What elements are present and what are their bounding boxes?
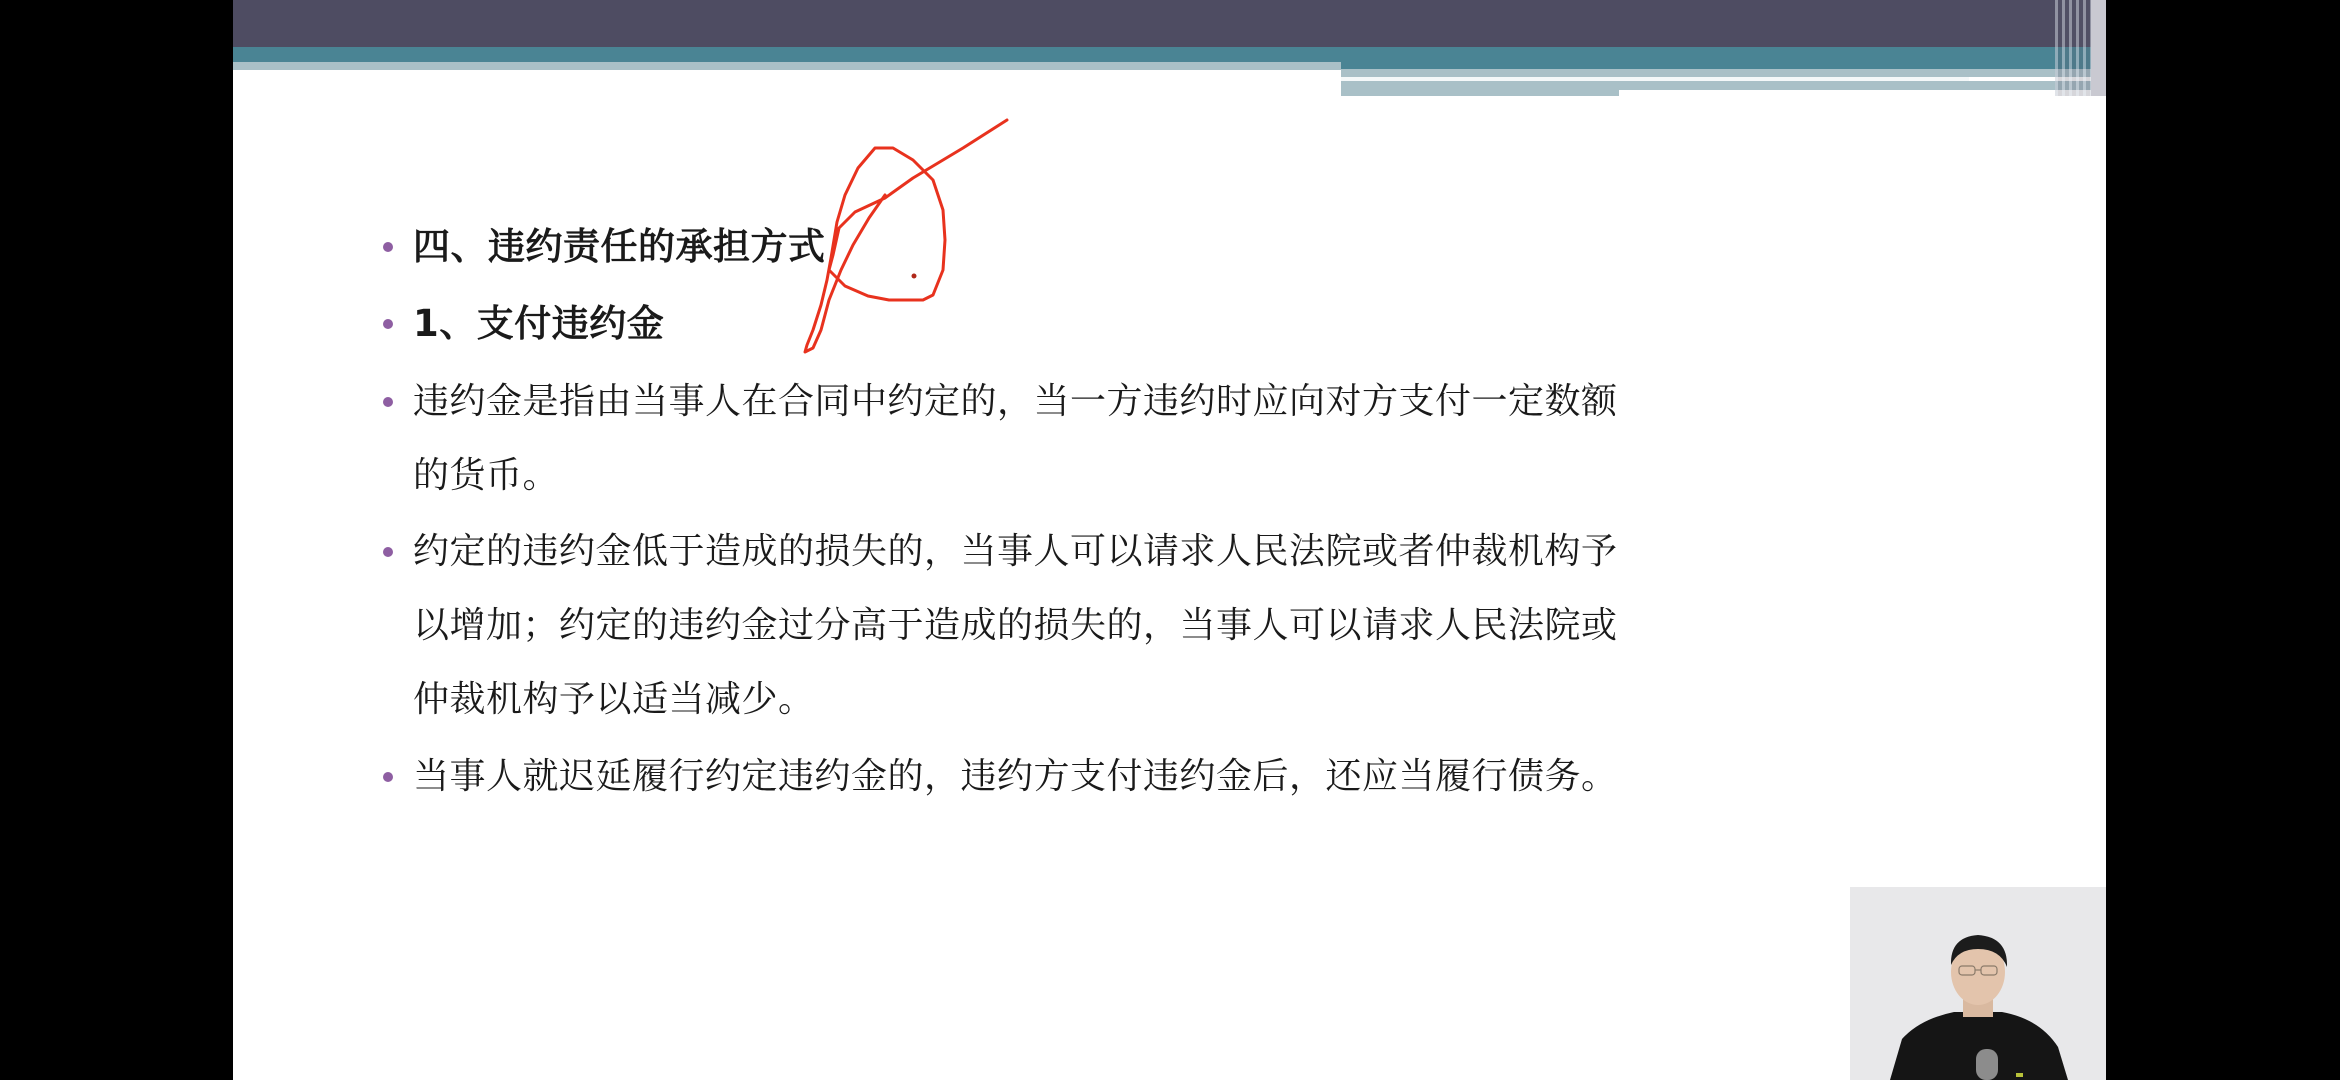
bullet-dot-icon	[383, 547, 393, 557]
bullet-adjustment-rule: 约定的违约金低于造成的损失的，当事人可以请求人民法院或者仲裁机构予 以增加；约定…	[413, 515, 1973, 737]
bullet-dot-icon	[383, 319, 393, 329]
paragraph-line: 违约金是指由当事人在合同中约定的，当一方违约时应向对方支付一定数额	[413, 365, 1973, 439]
bullet-delay-performance: 当事人就迟延履行约定违约金的，违约方支付违约金后，还应当履行债务。	[413, 740, 1973, 814]
heading-text: 四、违约责任的承担方式	[413, 210, 1973, 284]
screen: 四、违约责任的承担方式 1、支付违约金 违约金是指由当事人在合同中约定的，当一方…	[0, 0, 2340, 1080]
paragraph-line: 当事人就迟延履行约定违约金的，违约方支付违约金后，还应当履行债务。	[413, 740, 1973, 814]
bullet-subheading: 1、支付违约金	[413, 287, 1973, 361]
person-video-icon	[1850, 887, 2106, 1080]
paragraph-line: 仲裁机构予以适当减少。	[413, 663, 1973, 737]
paragraph-line: 的货币。	[413, 439, 1973, 513]
presenter-video	[1850, 887, 2106, 1080]
bullet-heading-section: 四、违约责任的承担方式	[413, 210, 1973, 284]
paragraph-line: 以增加；约定的违约金过分高于造成的损失的，当事人可以请求人民法院或	[413, 589, 1973, 663]
paragraph-line: 约定的违约金低于造成的损失的，当事人可以请求人民法院或者仲裁机构予	[413, 515, 1973, 589]
presentation-slide: 四、违约责任的承担方式 1、支付违约金 违约金是指由当事人在合同中约定的，当一方…	[233, 0, 2106, 1080]
slide-content: 四、违约责任的承担方式 1、支付违约金 违约金是指由当事人在合同中约定的，当一方…	[233, 0, 2106, 1080]
bullet-dot-icon	[383, 397, 393, 407]
bullet-definition: 违约金是指由当事人在合同中约定的，当一方违约时应向对方支付一定数额 的货币。	[413, 365, 1973, 513]
bullet-dot-icon	[383, 772, 393, 782]
bullet-dot-icon	[383, 242, 393, 252]
subheading-text: 1、支付违约金	[413, 287, 1973, 361]
